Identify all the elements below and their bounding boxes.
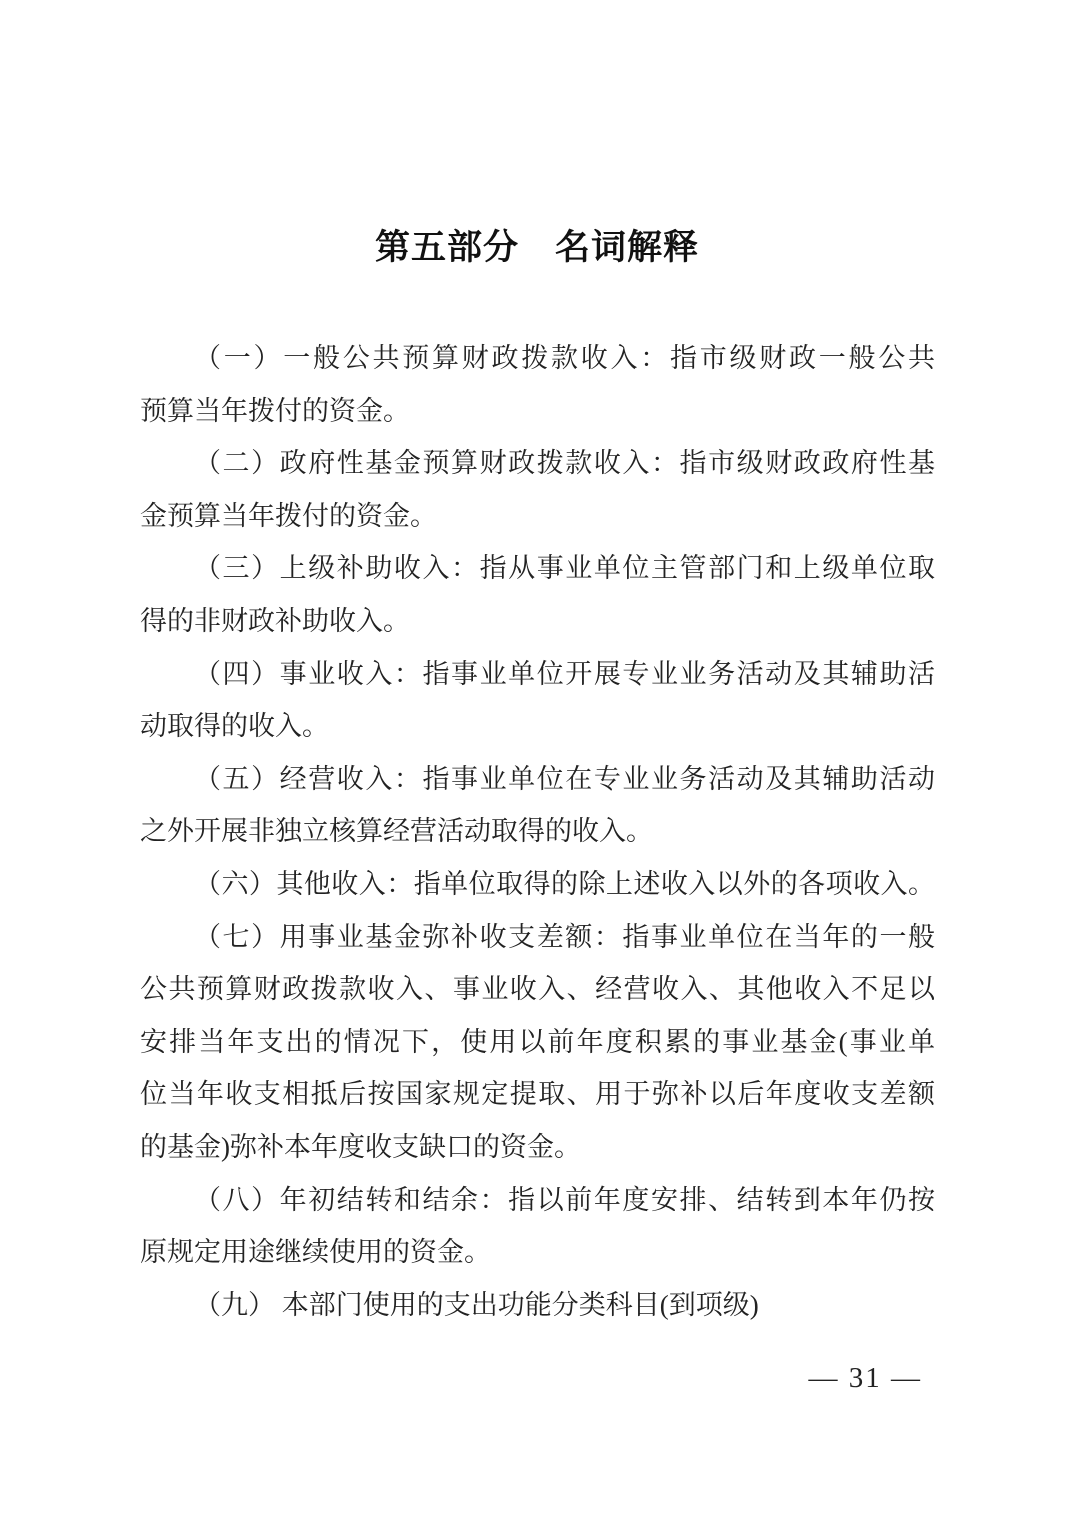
paragraph: （二）政府性基金预算财政拨款收入：指市级财政政府性基 金预算当年拨付的资金。 — [140, 437, 935, 542]
text-line: （一）一般公共预算财政拨款收入：指市级财政一般公共 — [140, 332, 935, 385]
text-line: 安排当年支出的情况下，使用以前年度积累的事业基金(事业单 — [140, 1016, 935, 1069]
document-body: （一）一般公共预算财政拨款收入：指市级财政一般公共 预算当年拨付的资金。 （二）… — [140, 332, 935, 1331]
paragraph: （六）其他收入：指单位取得的除上述收入以外的各项收入。 — [140, 858, 935, 911]
document-page: 第五部分 名词解释 （一）一般公共预算财政拨款收入：指市级财政一般公共 预算当年… — [0, 0, 1074, 1520]
text-line: （六）其他收入：指单位取得的除上述收入以外的各项收入。 — [140, 858, 935, 911]
paragraph: （八）年初结转和结余：指以前年度安排、结转到本年仍按 原规定用途继续使用的资金。 — [140, 1174, 935, 1279]
text-line: （二）政府性基金预算财政拨款收入：指市级财政政府性基 — [140, 437, 935, 490]
text-line: 预算当年拨付的资金。 — [140, 385, 935, 438]
text-line: （三）上级补助收入：指从事业单位主管部门和上级单位取 — [140, 542, 935, 595]
text-line: 公共预算财政拨款收入、事业收入、经营收入、其他收入不足以 — [140, 963, 935, 1016]
paragraph: （四）事业收入：指事业单位开展专业业务活动及其辅助活 动取得的收入。 — [140, 648, 935, 753]
text-line: 得的非财政补助收入。 — [140, 595, 935, 648]
text-line: （七）用事业基金弥补收支差额：指事业单位在当年的一般 — [140, 911, 935, 964]
page-title: 第五部分 名词解释 — [0, 226, 1074, 270]
text-line: 动取得的收入。 — [140, 700, 935, 753]
paragraph: （九） 本部门使用的支出功能分类科目(到项级) — [140, 1279, 935, 1332]
text-line: （五）经营收入：指事业单位在专业业务活动及其辅助活动 — [140, 753, 935, 806]
paragraph: （五）经营收入：指事业单位在专业业务活动及其辅助活动 之外开展非独立核算经营活动… — [140, 753, 935, 858]
text-line: 位当年收支相抵后按国家规定提取、用于弥补以后年度收支差额 — [140, 1068, 935, 1121]
text-line: 之外开展非独立核算经营活动取得的收入。 — [140, 805, 935, 858]
paragraph: （一）一般公共预算财政拨款收入：指市级财政一般公共 预算当年拨付的资金。 — [140, 332, 935, 437]
text-line: 的基金)弥补本年度收支缺口的资金。 — [140, 1121, 935, 1174]
paragraph: （三）上级补助收入：指从事业单位主管部门和上级单位取 得的非财政补助收入。 — [140, 542, 935, 647]
text-line: （九） 本部门使用的支出功能分类科目(到项级) — [140, 1279, 935, 1332]
text-line: （八）年初结转和结余：指以前年度安排、结转到本年仍按 — [140, 1174, 935, 1227]
text-line: 原规定用途继续使用的资金。 — [140, 1226, 935, 1279]
text-line: 金预算当年拨付的资金。 — [140, 490, 935, 543]
page-number: — 31 — — [809, 1358, 923, 1398]
paragraph: （七）用事业基金弥补收支差额：指事业单位在当年的一般 公共预算财政拨款收入、事业… — [140, 911, 935, 1174]
text-line: （四）事业收入：指事业单位开展专业业务活动及其辅助活 — [140, 648, 935, 701]
